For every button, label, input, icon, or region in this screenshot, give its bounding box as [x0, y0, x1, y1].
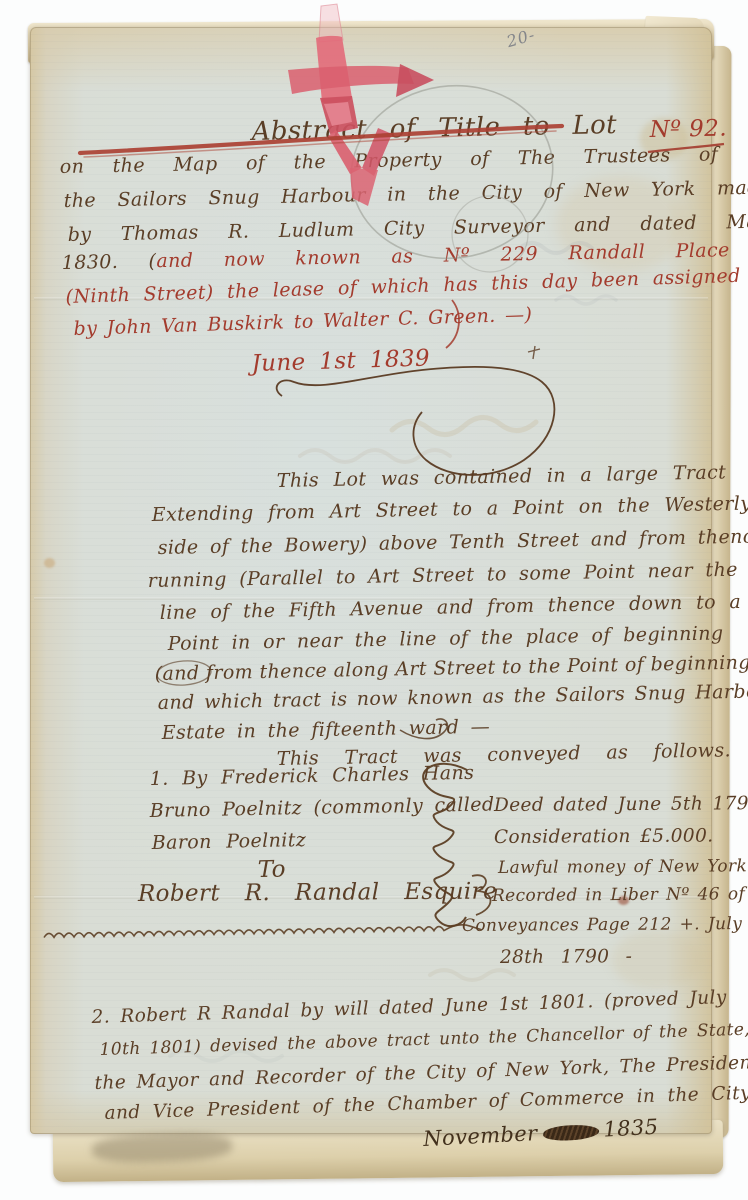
deed-detail-5: Conveyances Page 212 +. July: [462, 914, 742, 937]
header-date-line: June 1st 1839: [251, 344, 430, 378]
deed-detail-2: Consideration £5.000.: [494, 824, 714, 849]
header-line-4-brown: 1830. (: [62, 250, 157, 274]
paper-stain: [44, 558, 55, 568]
grantee-name: Robert R. Randal Esquire: [138, 877, 497, 908]
deed-detail-3: Lawful money of New York: [498, 856, 747, 879]
deed-detail-4: Recorded in Liber Nº 46 of: [492, 884, 745, 907]
footer-year: 1835: [603, 1115, 659, 1142]
deed-detail-1: Deed dated June 5th 1790.: [494, 792, 748, 817]
footer-month: November: [423, 1121, 538, 1151]
grantor-line-3: Baron Poelnitz: [152, 829, 307, 856]
ink-blot: [542, 1124, 600, 1142]
deed-detail-6: 28th 1790 -: [500, 945, 633, 969]
title-lot-number: Nº 92.: [649, 115, 727, 145]
document-scan: 20- Abstract of Title to Lot Nº 92. on t…: [0, 0, 748, 1200]
